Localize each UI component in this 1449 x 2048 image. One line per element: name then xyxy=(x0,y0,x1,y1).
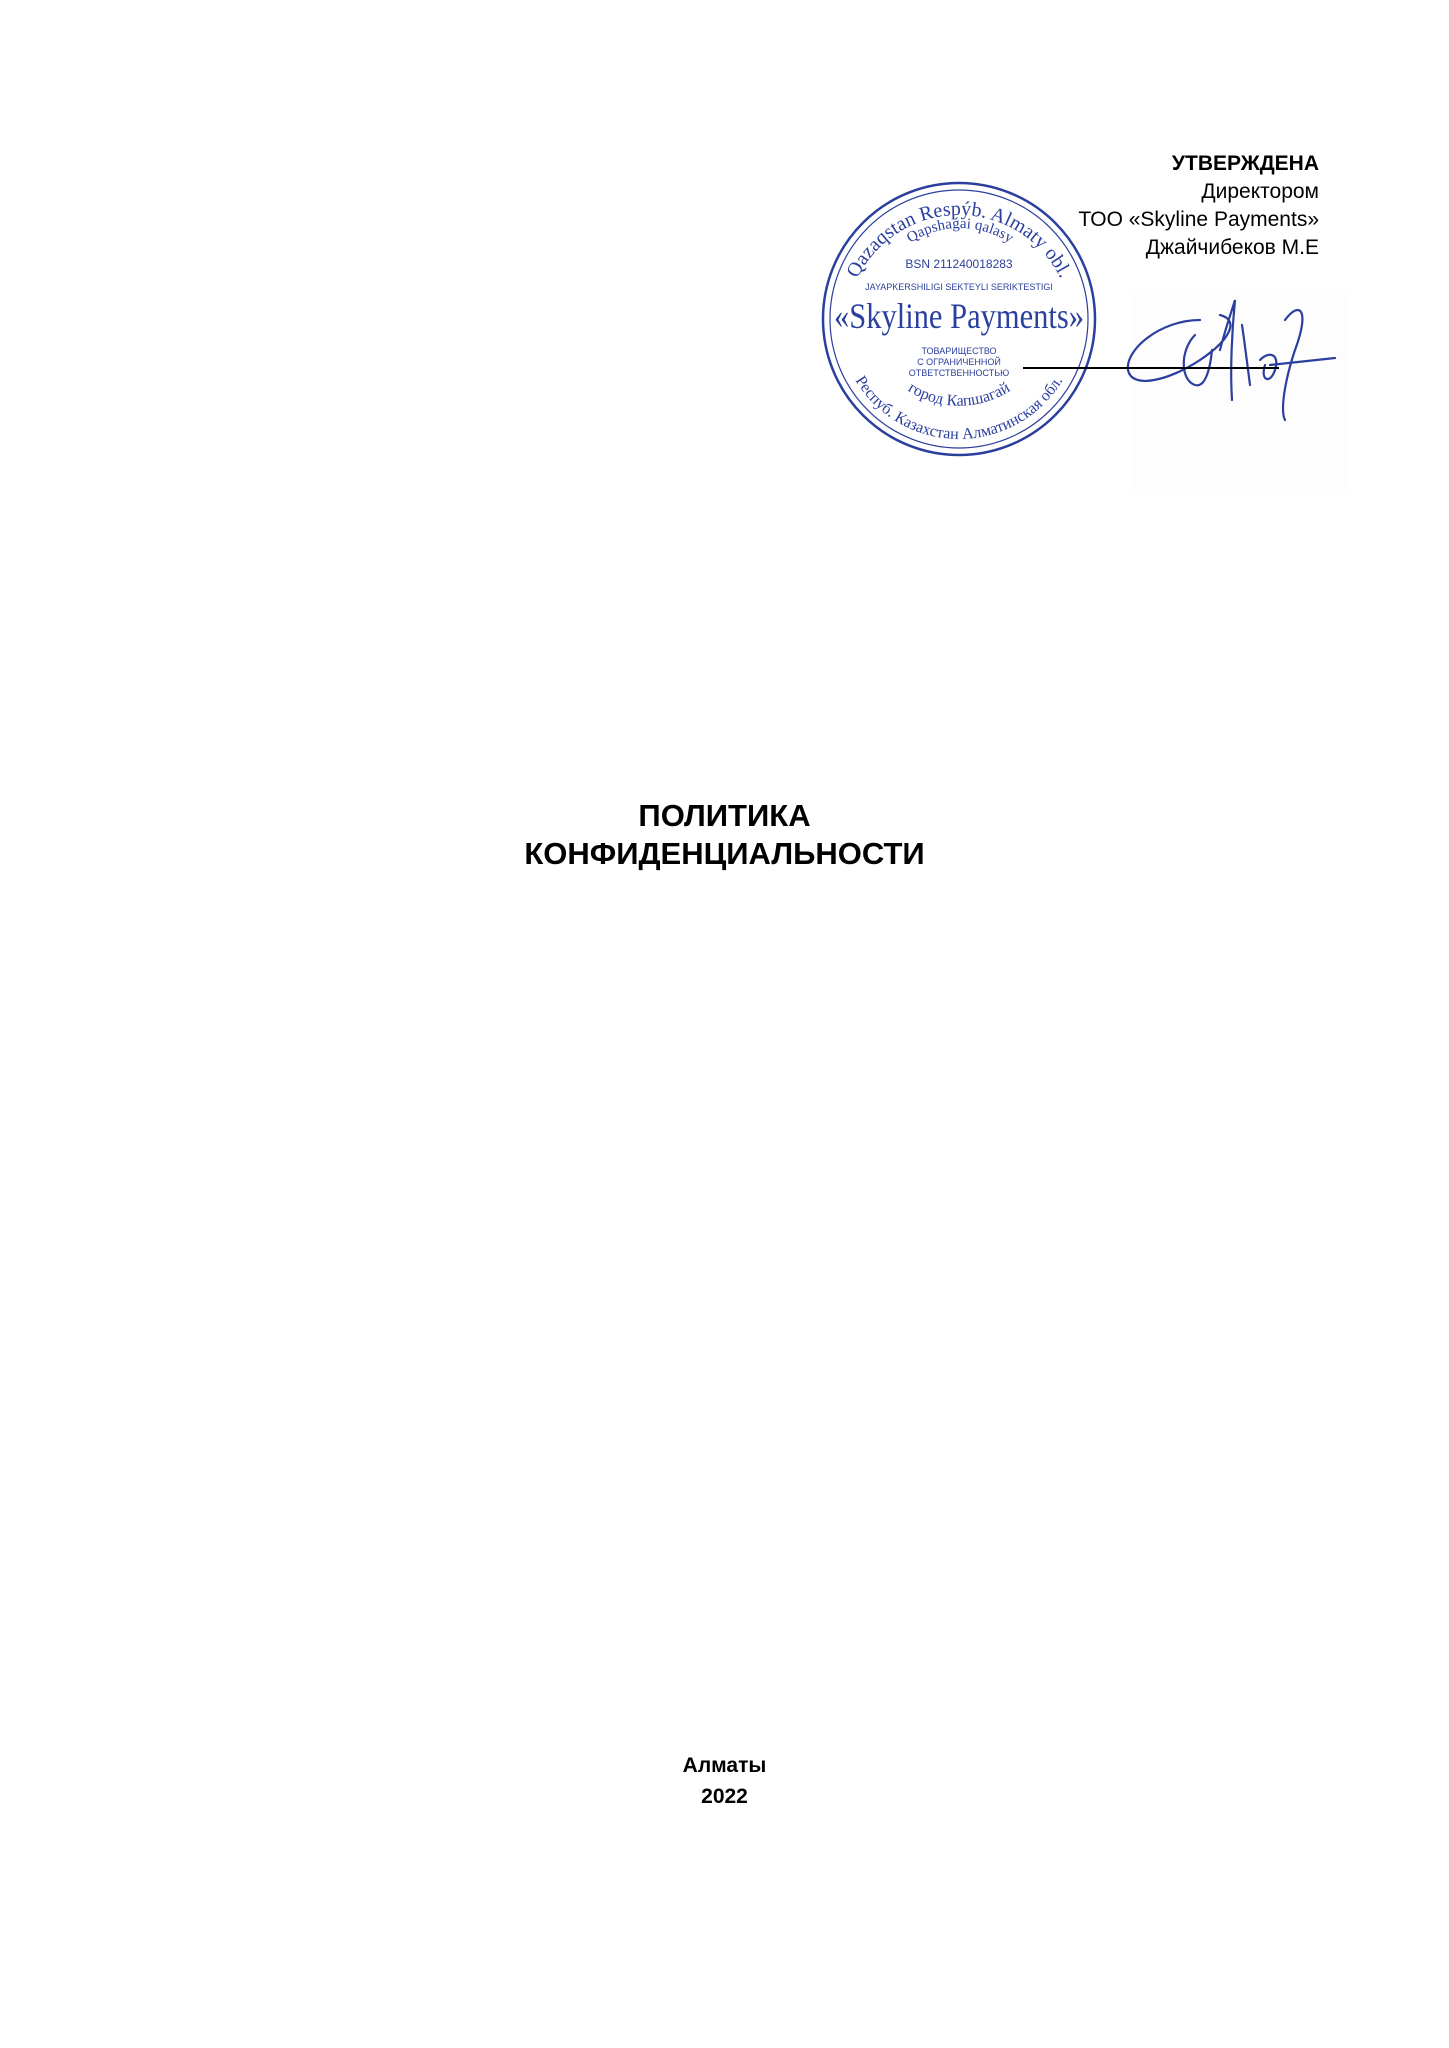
stamp-ru-type-1: ТОВАРИЩЕСТВО xyxy=(921,346,996,356)
footer-city: Алматы xyxy=(0,1750,1449,1781)
approval-heading: УТВЕРЖДЕНА xyxy=(1078,150,1319,178)
title-line-1: ПОЛИТИКА xyxy=(0,797,1449,835)
approval-position: Директором xyxy=(1078,178,1319,206)
stamp-ru-type-3: ОТВЕТСТВЕННОСТЬЮ xyxy=(909,368,1009,378)
director-signature xyxy=(1120,290,1360,430)
approval-company: ТОО «Skyline Payments» xyxy=(1078,206,1319,234)
stamp-bsn: BSN 211240018283 xyxy=(905,257,1013,271)
stamp-company: «Skyline Payments» xyxy=(834,296,1084,336)
stamp-kz-type: JAYAPKERSHILIGI SEKTEYLI SERIKTESTIGI xyxy=(865,282,1053,292)
approval-block: УТВЕРЖДЕНА Директором ТОО «Skyline Payme… xyxy=(1078,150,1319,262)
document-title: ПОЛИТИКА КОНФИДЕНЦИАЛЬНОСТИ xyxy=(0,797,1449,873)
approval-name: Джайчибеков М.Е xyxy=(1078,234,1319,262)
document-footer: Алматы 2022 xyxy=(0,1750,1449,1812)
signature-line xyxy=(1023,367,1279,369)
footer-year: 2022 xyxy=(0,1781,1449,1812)
stamp-ru-type-2: С ОГРАНИЧЕННОЙ xyxy=(917,356,1001,367)
company-stamp: Qazaqstan Respýb. Almaty obl. Qapshaǵai … xyxy=(818,178,1100,460)
svg-text:город Капшагай: город Капшагай xyxy=(905,379,1013,410)
title-line-2: КОНФИДЕНЦИАЛЬНОСТИ xyxy=(0,835,1449,873)
